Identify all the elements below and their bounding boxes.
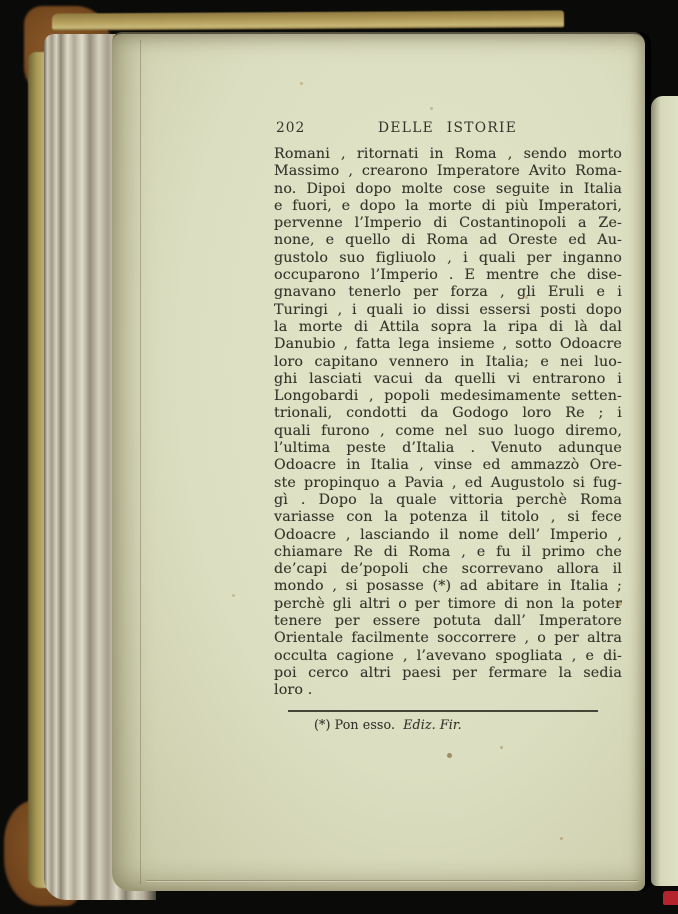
text-line: no. Dipoi dopo molte cose seguite in Ita… bbox=[274, 181, 622, 198]
footnote-rule bbox=[288, 710, 598, 712]
text-line: chiamare Re di Roma , e fu il primo che bbox=[274, 544, 622, 561]
text-line: l’ultima peste d’Italia . Venuto adunque bbox=[274, 440, 622, 457]
text-line: mondo , si posasse (*) ad abitare in Ita… bbox=[274, 578, 622, 595]
text-line: none, e quello di Roma ad Oreste ed Au- bbox=[274, 232, 622, 249]
text-line: perchè gli altri o per timore di non la … bbox=[274, 596, 622, 613]
text-line: Danubio , fatta lega insieme , sotto Odo… bbox=[274, 336, 622, 353]
text-line: de’capi de’popoli che scorrevano allora … bbox=[274, 561, 622, 578]
text-line: gustolo suo figliuolo , i quali per inga… bbox=[274, 250, 622, 267]
text-line: e fuori, e dopo la morte di più Imperato… bbox=[274, 198, 622, 215]
book-photograph: 202 DELLE ISTORIE Romani , ritornati in … bbox=[0, 0, 678, 914]
facing-page-sliver bbox=[651, 96, 678, 886]
text-line: Odoacre , lasciando il nome dell’ Imperi… bbox=[274, 527, 622, 544]
body-text: Romani , ritornati in Roma , sendo morto… bbox=[274, 146, 622, 700]
text-line: Longobardi , popoli medesimamente setten… bbox=[274, 388, 622, 405]
red-bookmark-speck bbox=[663, 891, 678, 905]
text-line: occulta cagione , l’avevano spogliata , … bbox=[274, 648, 622, 665]
page-text-block: 202 DELLE ISTORIE Romani , ritornati in … bbox=[274, 118, 622, 732]
page-crease bbox=[140, 40, 141, 884]
text-line: pervenne l’Imperio di Costantinopoli a Z… bbox=[274, 215, 622, 232]
text-line: Odoacre in Italia , vinse ed ammazzò Ore… bbox=[274, 457, 622, 474]
running-title: DELLE ISTORIE bbox=[378, 120, 517, 136]
text-line: ste propinquo a Pavia , ed Augustolo si … bbox=[274, 475, 622, 492]
page-number: 202 bbox=[276, 120, 305, 136]
text-line: gnavano tenerlo per forza , gli Eruli e … bbox=[274, 284, 622, 301]
text-line: trionali, condotti da Godogo loro Re ; i bbox=[274, 405, 622, 422]
plate-impression-line bbox=[146, 880, 638, 881]
paper-specks bbox=[112, 34, 115, 37]
text-line: quali furono , come nel suo luogo diremo… bbox=[274, 423, 622, 440]
text-line: tenere per essere potuta dall’ Imperator… bbox=[274, 613, 622, 630]
book-page: 202 DELLE ISTORIE Romani , ritornati in … bbox=[112, 32, 645, 891]
text-line: loro . bbox=[274, 682, 622, 699]
text-line: Orientale facilmente soccorrere , o per … bbox=[274, 630, 622, 647]
text-line: poi cerco altri paesi per fermare la sed… bbox=[274, 665, 622, 682]
text-line: Massimo , crearono Imperatore Avito Roma… bbox=[274, 163, 622, 180]
text-line: variasse con la potenza il titolo , si f… bbox=[274, 509, 622, 526]
text-line: Romani , ritornati in Roma , sendo morto bbox=[274, 146, 622, 163]
page-header: 202 DELLE ISTORIE bbox=[274, 118, 622, 137]
text-line: gì . Dopo la quale vittoria perchè Roma bbox=[274, 492, 622, 509]
footnote-source: Ediz. Fir. bbox=[403, 717, 462, 732]
text-line: la morte di Attila sopra la ripa di là d… bbox=[274, 319, 622, 336]
footnote: (*) Pon esso. Ediz. Fir. bbox=[314, 717, 622, 732]
text-line: occuparono l’Imperio . E mentre che dise… bbox=[274, 267, 622, 284]
book-top-edge bbox=[52, 10, 564, 30]
text-line: Turingi , i quali io dissi essersi posti… bbox=[274, 302, 622, 319]
text-line: ghi lasciati vacui da quelli vi entraron… bbox=[274, 371, 622, 388]
footnote-text: (*) Pon esso. bbox=[314, 717, 395, 732]
text-line: loro capitano vennero in Italia; e nei l… bbox=[274, 354, 622, 371]
